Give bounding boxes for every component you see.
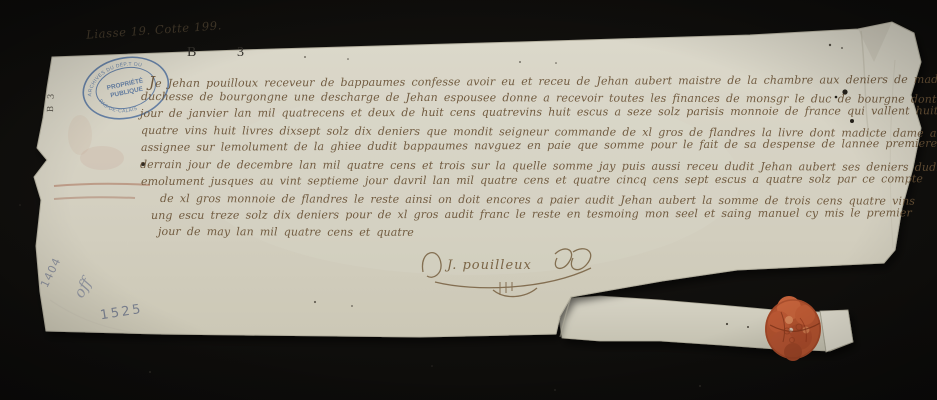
manuscript-line: ung escu treze solz dix deniers pour de … — [151, 206, 912, 222]
archival-photo: Liasse 19. Cotte 199. B 3 ARCHIVES DU DÉ… — [0, 0, 937, 400]
edge-classmark: B 3 — [46, 92, 57, 113]
signature-flourish: J. pouilleux — [405, 238, 615, 300]
signature: J. pouilleux — [405, 238, 615, 300]
wax-seal — [765, 296, 821, 361]
manuscript-line: emolument jusques au vint septieme jour … — [141, 172, 923, 188]
classmark-letter: B — [187, 45, 196, 61]
manuscript-line: de xl gros monnoie de flandres le reste … — [160, 192, 915, 208]
manuscript-line: jour de janvier lan mil quatrecens et de… — [140, 104, 937, 120]
classmark-number: 3 — [237, 45, 244, 61]
signature-text: J. pouilleux — [444, 258, 532, 273]
manuscript-line: jour de may lan mil quatre cens et quatr… — [158, 225, 414, 239]
